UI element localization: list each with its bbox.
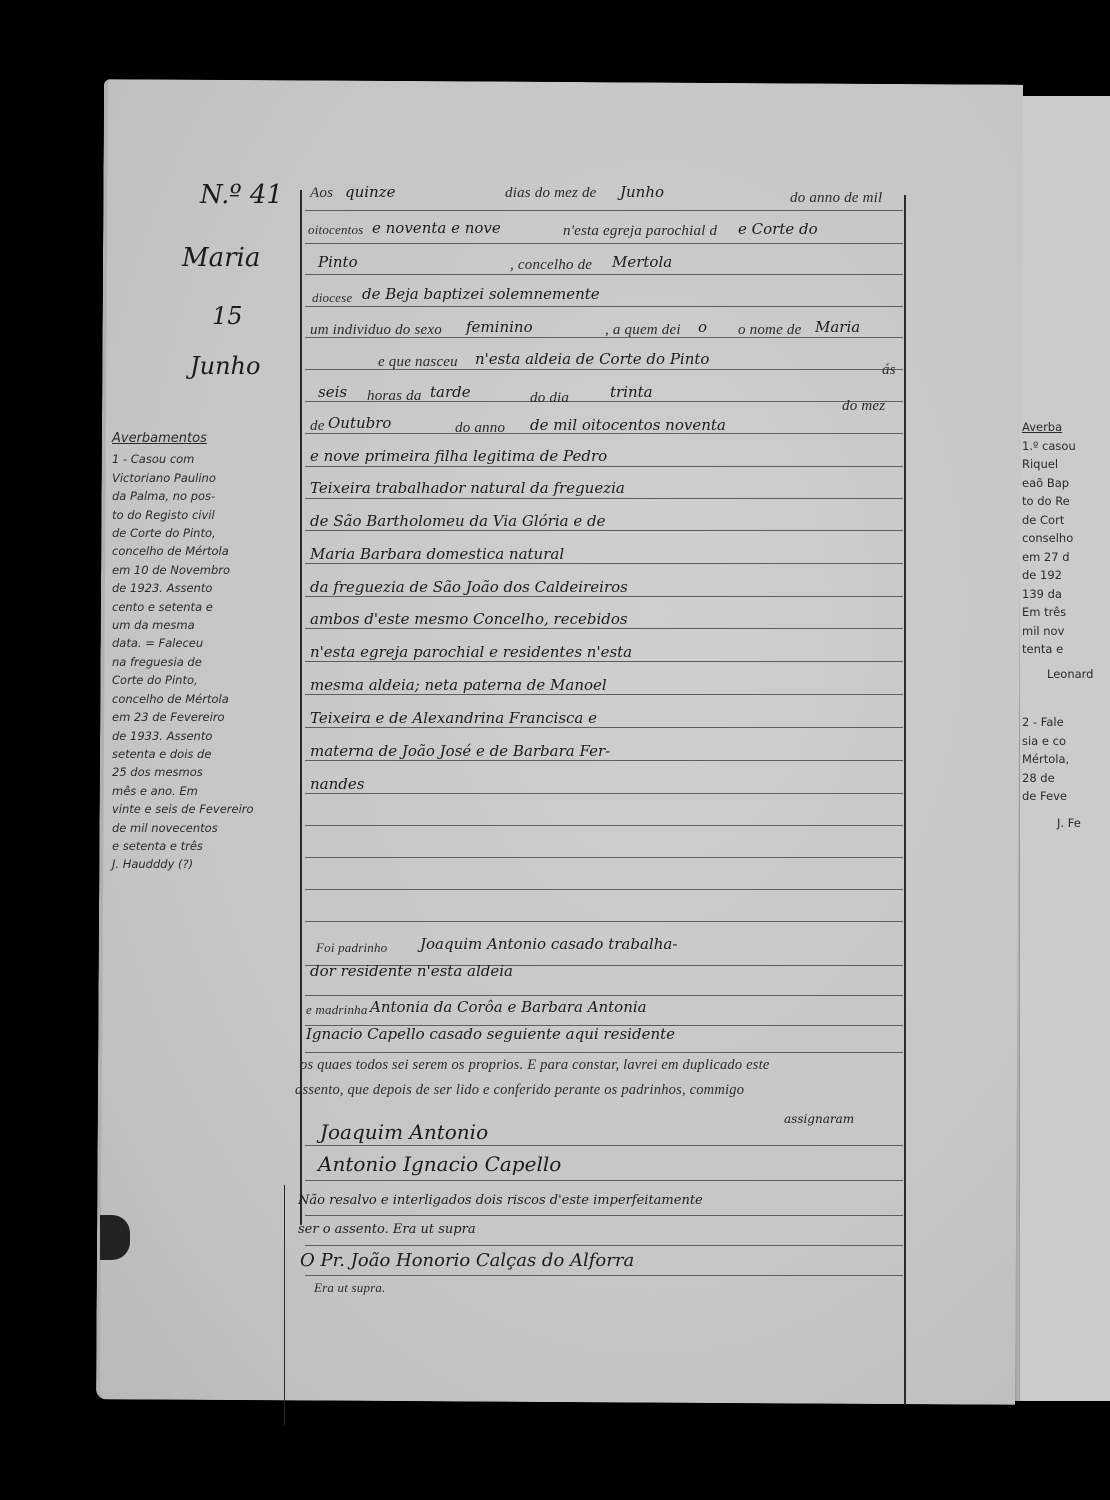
body-line: materna de João José e de Barbara Fer- xyxy=(310,742,610,760)
rule-line xyxy=(305,760,903,761)
signature-madrinha: Antonio Ignacio Capello xyxy=(318,1152,561,1176)
printed-e-madrinha: e madrinha xyxy=(306,1002,368,1018)
margin-line: concelho de Mértola xyxy=(112,690,292,708)
printed-aos: Aos xyxy=(310,185,333,202)
printed-closing-1: os quaes todos sei serem os proprios. E … xyxy=(300,1057,770,1074)
hand-article: o xyxy=(698,318,707,336)
rule-line xyxy=(305,1275,903,1276)
margin-line: da Palma, no pos- xyxy=(112,487,292,505)
facing-spacer xyxy=(1022,683,1110,713)
hand-parish: e Corte do xyxy=(738,220,818,238)
margin-line: um da mesma xyxy=(112,616,292,634)
hand-concelho: Mertola xyxy=(612,253,672,271)
rule-line xyxy=(305,661,903,662)
hand-closing-suffix: assignaram xyxy=(784,1112,854,1126)
printed-concelho: , concelho de xyxy=(510,257,592,274)
hand-sex: feminino xyxy=(466,318,533,336)
margin-line: cento e setenta e xyxy=(112,598,292,616)
printed-do-anno: do anno de mil xyxy=(790,190,882,207)
margin-line: vinte e seis de Fevereiro xyxy=(112,800,292,818)
facing-line: Mértola, xyxy=(1022,750,1110,769)
margin-line: setenta e dois de xyxy=(112,745,292,763)
printed-as: ás xyxy=(882,362,896,379)
facing-signature: J. Fe xyxy=(1022,814,1110,833)
facing-line: Riquel xyxy=(1022,455,1110,474)
hand-hour: seis xyxy=(318,383,347,401)
hand-birth-year: de mil oitocentos noventa xyxy=(530,416,726,434)
rule-line xyxy=(305,793,903,794)
margin-line: de Corte do Pinto, xyxy=(112,524,292,542)
printed-do-mez: do mez xyxy=(842,398,885,415)
rule-line xyxy=(305,1145,903,1146)
form-left-rule-lower xyxy=(284,1185,285,1425)
printed-que-nasceu: e que nasceu xyxy=(378,354,458,371)
margin-annotation: Averbamentos 1 - Casou com Victoriano Pa… xyxy=(112,430,292,874)
printed-foi-padrinho: Foi padrinho xyxy=(316,940,387,956)
correction-note-2: ser o assento. Era ut supra xyxy=(298,1222,476,1237)
body-line: de São Bartholomeu da Via Glória e de xyxy=(310,512,605,530)
facing-line: 139 da xyxy=(1022,585,1110,604)
facing-line: 1.º casou xyxy=(1022,437,1110,456)
body-line: nandes xyxy=(310,775,364,793)
printed-a-quem-dei: , a quem dei xyxy=(605,322,681,339)
rule-line xyxy=(305,563,903,564)
margin-line: to do Registo civil xyxy=(112,506,292,524)
body-line: Teixeira trabalhador natural da freguezi… xyxy=(310,479,625,497)
rule-line xyxy=(305,1180,903,1181)
hand-birth-day: trinta xyxy=(610,383,653,401)
rule-line xyxy=(305,857,903,858)
hand-parish-cont: Pinto xyxy=(318,253,358,271)
body-line: mesma aldeia; neta paterna de Manoel xyxy=(310,676,607,694)
facing-line: sia e co xyxy=(1022,732,1110,751)
printed-do-anno-2: do anno xyxy=(455,420,505,437)
margin-line: e setenta e três xyxy=(112,837,292,855)
facing-line: to do Re xyxy=(1022,492,1110,511)
margin-line: 25 dos mesmos xyxy=(112,763,292,781)
printed-nome-de: o nome de xyxy=(738,322,801,339)
printed-oitocentos: oitocentos xyxy=(308,222,363,238)
rule-line xyxy=(305,1245,903,1246)
margin-line: de 1933. Assento xyxy=(112,727,292,745)
printed-dias-do-mez: dias do mez de xyxy=(505,185,597,202)
margin-line: Victoriano Paulino xyxy=(112,469,292,487)
body-line: n'esta egreja parochial e residentes n'e… xyxy=(310,643,632,661)
form-right-rule xyxy=(904,195,906,1405)
entry-day: 15 xyxy=(212,302,243,330)
printed-de: de xyxy=(310,418,325,435)
hand-child-name: Maria xyxy=(815,318,860,336)
rule-line xyxy=(305,825,903,826)
correction-note-1: Não resalvo e interligados dois riscos d… xyxy=(298,1193,703,1208)
margin-line: na freguesia de xyxy=(112,653,292,671)
signature-padrinho: Joaquim Antonio xyxy=(320,1120,488,1144)
body-line: ambos d'este mesmo Concelho, recebidos xyxy=(310,610,628,628)
rule-line xyxy=(305,1215,903,1216)
entry-number: N.º 41 xyxy=(200,180,283,210)
facing-line: 28 de xyxy=(1022,769,1110,788)
hand-madrinha-1: Antonia da Corôa e Barbara Antonia xyxy=(370,998,647,1016)
facing-line: mil nov xyxy=(1022,622,1110,641)
margin-line: em 10 de Novembro xyxy=(112,561,292,579)
margin-annotation-title: Averbamentos xyxy=(112,430,292,448)
margin-line: de 1923. Assento xyxy=(112,579,292,597)
facing-line: em 27 d xyxy=(1022,548,1110,567)
facing-line: conselho xyxy=(1022,529,1110,548)
rule-line xyxy=(305,995,903,996)
hand-padrinho-1: Joaquim Antonio casado trabalha- xyxy=(420,935,677,953)
facing-line: de Cort xyxy=(1022,511,1110,530)
rule-line xyxy=(305,889,903,890)
margin-line: 1 - Casou com xyxy=(112,450,292,468)
hand-padrinho-2: dor residente n'esta aldeia xyxy=(310,962,513,980)
rule-line xyxy=(305,530,903,531)
body-line: Maria Barbara domestica natural xyxy=(310,545,564,563)
margin-line: data. = Faleceu xyxy=(112,634,292,652)
facing-line: Em três xyxy=(1022,603,1110,622)
facing-line: Averba xyxy=(1022,418,1110,437)
rule-line xyxy=(305,466,903,467)
body-line: e nove primeira filha legitima de Pedro xyxy=(310,447,607,465)
facing-line: de Feve xyxy=(1022,787,1110,806)
printed-era-ut-supra: Era ut supra. xyxy=(314,1280,386,1296)
body-line: Teixeira e de Alexandrina Francisca e xyxy=(310,709,597,727)
rule-line xyxy=(305,596,903,597)
rule-line xyxy=(305,306,903,307)
margin-signature: J. Haudddy (?) xyxy=(112,855,292,873)
facing-line: de 192 xyxy=(1022,566,1110,585)
rule-line xyxy=(305,274,903,275)
rule-line xyxy=(305,210,903,211)
margin-line: Corte do Pinto, xyxy=(112,671,292,689)
rule-line xyxy=(305,727,903,728)
rule-line xyxy=(305,498,903,499)
printed-diocese: diocese xyxy=(312,290,352,306)
rule-line xyxy=(305,1052,903,1053)
margin-line: em 23 de Fevereiro xyxy=(112,708,292,726)
entry-name: Maria xyxy=(182,243,260,273)
hand-year-words: e noventa e nove xyxy=(372,219,501,237)
binding-clip xyxy=(100,1215,130,1260)
hand-madrinha-2: Ignacio Capello casado seguiente aqui re… xyxy=(306,1025,675,1043)
margin-line: concelho de Mértola xyxy=(112,542,292,560)
margin-line: mês e ano. Em xyxy=(112,782,292,800)
printed-egreja-parochial: n'esta egreja parochial d xyxy=(563,223,717,240)
facing-spacer xyxy=(1022,806,1110,814)
facing-line: eaõ Bap xyxy=(1022,474,1110,493)
hand-birth-month: Outubro xyxy=(328,414,391,432)
entry-month: Junho xyxy=(190,352,260,380)
facing-signature: Leonard xyxy=(1022,665,1110,684)
body-line: da freguezia de São João dos Caldeireiro… xyxy=(310,578,628,596)
printed-sexo: um individuo do sexo xyxy=(310,322,442,339)
hand-month: Junho xyxy=(620,183,664,201)
hand-period: tarde xyxy=(430,383,471,401)
facing-page-annotation: Averba 1.º casou Riquel eaõ Bap to do Re… xyxy=(1022,418,1110,832)
rule-line xyxy=(305,628,903,629)
hand-diocese: de Beja baptizei solemnemente xyxy=(362,285,600,303)
rule-line xyxy=(305,921,903,922)
printed-horas-da: horas da xyxy=(367,388,422,405)
hand-day-words: quinze xyxy=(345,183,396,201)
margin-line: de mil novecentos xyxy=(112,819,292,837)
rule-line xyxy=(305,243,903,244)
printed-do-dia: do dia xyxy=(530,390,569,407)
facing-line: tenta e xyxy=(1022,640,1110,659)
rule-line xyxy=(305,694,903,695)
hand-birthplace: n'esta aldeia de Corte do Pinto xyxy=(475,350,709,368)
printed-closing-2: assento, que depois de ser lido e confer… xyxy=(295,1082,744,1099)
signature-priest: O Pr. João Honorio Calças do Alforra xyxy=(300,1250,634,1271)
facing-line: 2 - Fale xyxy=(1022,713,1110,732)
